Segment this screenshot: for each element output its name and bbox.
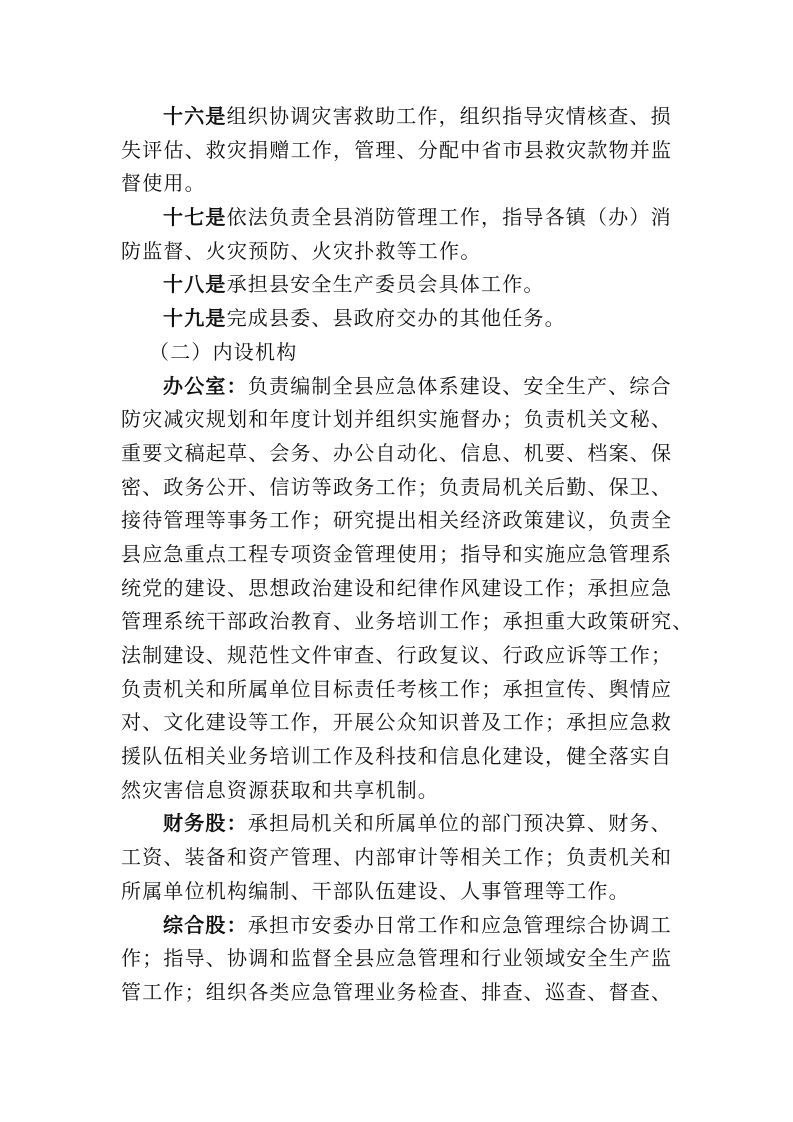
paragraph-17-line-2: 防监督、火灾预防、火灾扑救等工作。: [121, 235, 677, 269]
paragraph-18-line-1: 十八是承担县安全生产委员会具体工作。: [121, 268, 677, 302]
unit-office-line: 重要文稿起草、会务、办公自动化、信息、机要、档案、保: [121, 437, 677, 471]
unit-general-line-1: 综合股：承担市安委办日常工作和应急管理综合协调工: [121, 909, 677, 943]
section-heading: （二）内设机构: [121, 336, 677, 370]
paragraph-17-line-1: 十七是依法负责全县消防管理工作，指导各镇（办）消: [121, 201, 677, 235]
paragraph-16-line-1: 十六是组织协调灾害救助工作，组织指导灾情核查、损: [121, 100, 677, 134]
unit-office-line: 统党的建设、思想政治建设和纪律作风建设工作；承担应急: [121, 572, 677, 606]
paragraph-lead: 十七是: [163, 205, 227, 229]
unit-office-line: 管理系统干部政治教育、业务培训工作；承担重大政策研究、: [121, 605, 677, 639]
unit-office-line: 援队伍相关业务培训工作及科技和信息化建设，健全落实自: [121, 740, 677, 774]
paragraph-16-line-2: 失评估、救灾捐赠工作，管理、分配中省市县救灾款物并监: [121, 134, 677, 168]
document-page: 十六是组织协调灾害救助工作，组织指导灾情核查、损 失评估、救灾捐赠工作，管理、分…: [121, 100, 677, 1010]
unit-text: 承担局机关和所属单位的部门预决算、财务、: [248, 811, 672, 835]
unit-finance-line: 工资、装备和资产管理、内部审计等相关工作；负责机关和: [121, 841, 677, 875]
unit-general-line: 管工作；组织各类应急管理业务检查、排查、巡查、督查、: [121, 976, 677, 1010]
unit-office-line: 对、文化建设等工作，开展公众知识普及工作；承担应急救: [121, 706, 677, 740]
paragraph-text: 依法负责全县消防管理工作，指导各镇（办）消: [227, 205, 672, 229]
paragraph-text: 承担县安全生产委员会具体工作。: [227, 272, 545, 296]
unit-general-line: 作；指导、协调和监督全县应急管理和行业领域安全生产监: [121, 942, 677, 976]
unit-office-line-1: 办公室：负责编制全县应急体系建设、安全生产、综合: [121, 370, 677, 404]
unit-lead: 财务股：: [163, 811, 248, 835]
paragraph-text: 完成县委、县政府交办的其他任务。: [227, 306, 566, 330]
unit-finance-line: 所属单位机构编制、干部队伍建设、人事管理等工作。: [121, 875, 677, 909]
unit-lead: 综合股：: [163, 913, 248, 937]
unit-office-line: 法制建设、规范性文件审查、行政复议、行政应诉等工作；: [121, 639, 677, 673]
unit-lead: 办公室：: [163, 374, 248, 398]
unit-office-line: 密、政务公开、信访等政务工作；负责局机关后勤、保卫、: [121, 471, 677, 505]
unit-office-line: 然灾害信息资源获取和共享机制。: [121, 774, 677, 808]
paragraph-lead: 十六是: [163, 104, 227, 128]
paragraph-16-line-3: 督使用。: [121, 167, 677, 201]
unit-office-line: 接待管理等事务工作；研究提出相关经济政策建议，负责全: [121, 504, 677, 538]
paragraph-text: 组织协调灾害救助工作，组织指导灾情核查、损: [227, 104, 672, 128]
unit-office-line: 县应急重点工程专项资金管理使用；指导和实施应急管理系: [121, 538, 677, 572]
paragraph-lead: 十九是: [163, 306, 227, 330]
unit-finance-line-1: 财务股：承担局机关和所属单位的部门预决算、财务、: [121, 807, 677, 841]
unit-office-line: 负责机关和所属单位目标责任考核工作；承担宣传、舆情应: [121, 673, 677, 707]
paragraph-lead: 十八是: [163, 272, 227, 296]
unit-office-line: 防灾减灾规划和年度计划并组织实施督办；负责机关文秘、: [121, 403, 677, 437]
unit-text: 承担市安委办日常工作和应急管理综合协调工: [248, 913, 672, 937]
paragraph-19-line-1: 十九是完成县委、县政府交办的其他任务。: [121, 302, 677, 336]
unit-text: 负责编制全县应急体系建设、安全生产、综合: [248, 374, 672, 398]
